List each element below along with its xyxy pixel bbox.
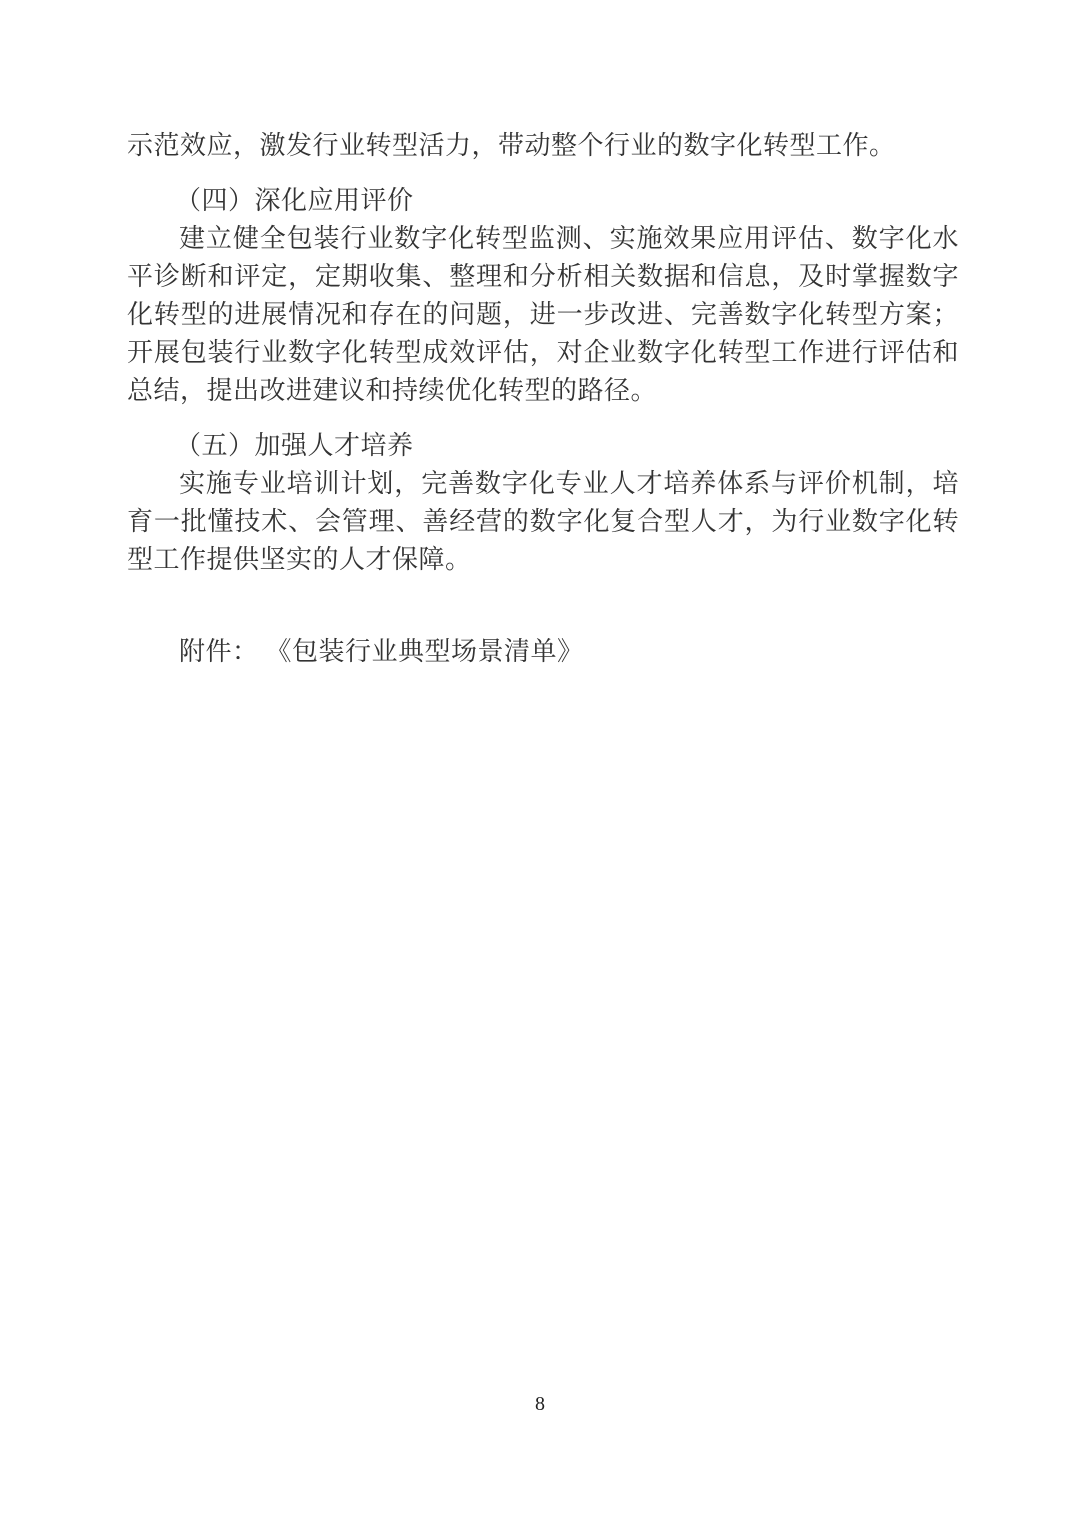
paragraph-section-5-body: 实施专业培训计划，完善数字化专业人才培养体系与评价机制，培育一批懂技术、会管理、… — [127, 465, 959, 579]
paragraph-section-4-body: 建立健全包装行业数字化转型监测、实施效果应用评估、数字化水平诊断和评定，定期收集… — [127, 220, 959, 410]
document-content: 示范效应，激发行业转型活力，带动整个行业的数字化转型工作。 （四）深化应用评价 … — [127, 127, 959, 671]
section-heading-5: （五）加强人才培养 — [127, 427, 959, 465]
attachment-reference: 附件： 《包装行业典型场景清单》 — [127, 633, 959, 671]
section-heading-4: （四）深化应用评价 — [127, 182, 959, 220]
document-page: 示范效应，激发行业转型活力，带动整个行业的数字化转型工作。 （四）深化应用评价 … — [0, 0, 1080, 1527]
page-number: 8 — [535, 1393, 545, 1415]
page-footer: 8 — [0, 1390, 1080, 1418]
paragraph-continuation: 示范效应，激发行业转型活力，带动整个行业的数字化转型工作。 — [127, 127, 959, 165]
